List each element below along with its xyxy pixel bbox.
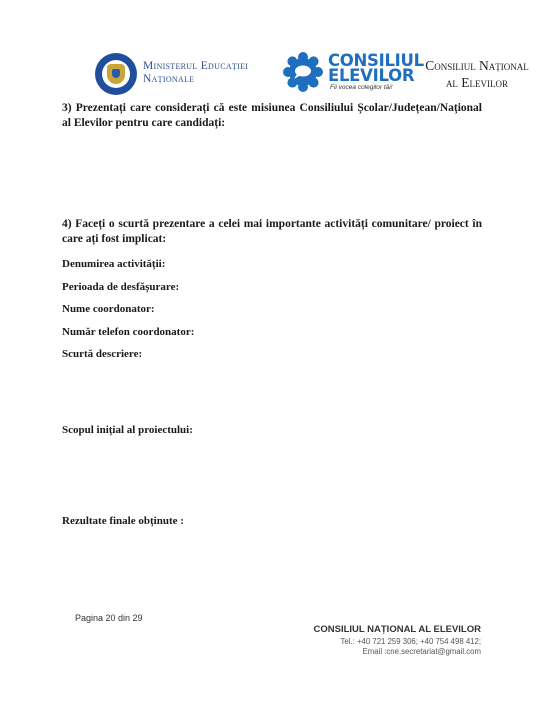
ministry-name: Ministerul Educației Naționale xyxy=(143,60,248,86)
footer-email: Email :cne.secretariat@gmail.com xyxy=(363,647,481,656)
question-4: 4) Faceți o scurtă prezentare a celei ma… xyxy=(62,217,482,246)
ministry-name-line1: Ministerul Educației xyxy=(143,60,248,73)
council-tagline: Fii vocea colegilor tăi! xyxy=(330,84,393,91)
field-activity-name: Denumirea activității: xyxy=(62,258,165,271)
field-final-results: Rezultate finale obținute : xyxy=(62,515,184,528)
page-number: Pagina 20 din 29 xyxy=(75,613,143,623)
council-logo-text: CONSILIUL ELEVILOR xyxy=(328,53,424,83)
cne-title: Consiliul Național al Elevilor xyxy=(412,57,542,91)
question-3: 3) Prezentați care considerați că este m… xyxy=(62,101,482,130)
ministry-name-line2: Naționale xyxy=(143,73,248,86)
field-initial-purpose: Scopul inițial al proiectului: xyxy=(62,424,193,437)
field-period: Perioada de desfășurare: xyxy=(62,281,179,294)
footer-org-name: CONSILIUL NAȚIONAL AL ELEVILOR xyxy=(314,624,482,635)
council-name-line2: ELEVILOR xyxy=(328,68,424,83)
field-coordinator-name: Nume coordonator: xyxy=(62,303,155,316)
field-short-description: Scurtă descriere: xyxy=(62,348,142,361)
footer-phone: Tel.: +40 721 259 306; +40 754 498 412; xyxy=(341,637,481,646)
council-gear-icon xyxy=(283,52,323,92)
ministry-seal-icon xyxy=(95,53,137,95)
field-coordinator-phone: Număr telefon coordonator: xyxy=(62,326,194,339)
cne-title-line1: Consiliul Național xyxy=(412,57,542,74)
cne-title-line2: al Elevilor xyxy=(412,74,542,91)
